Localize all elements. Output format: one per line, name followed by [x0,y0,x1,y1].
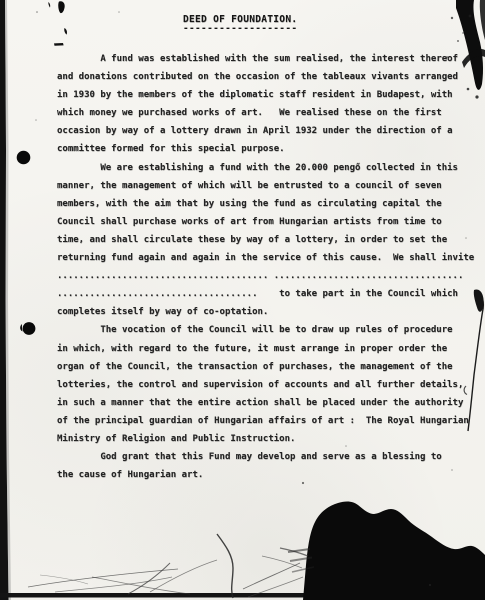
hole-punch-dot-2 [23,322,36,335]
scan-edge-bottom-line [0,593,485,598]
hole-punch-dot-1 [17,151,31,165]
doc-line: of the principal guardian of Hungarian a… [57,412,477,430]
document-body: A fund was established with the sum real… [57,50,477,484]
title-underline: ------------------- [183,23,297,34]
doc-line: the cause of Hungarian art. [57,466,477,484]
doc-line: returning fund again and again in the se… [57,249,477,267]
doc-line: God grant that this Fund may develop and… [57,448,477,466]
doc-line: members, with the aim that by using the … [57,195,477,213]
pen-marks-top-left [36,1,67,46]
doc-line: Council shall purchase works of art from… [57,213,477,231]
doc-line: occasion by way of a lottery drawn in Ap… [57,122,477,140]
doc-line: lotteries, the control and supervision o… [57,376,477,394]
doc-line: and donations contributed on the occasio… [57,68,477,86]
crease-lines [28,534,314,598]
scan-edge-left-shadow [0,0,11,600]
doc-line: in which, with regard to the future, it … [57,340,477,358]
doc-line: committee formed for this special purpos… [57,140,477,158]
doc-line: in 1930 by the members of the diplomatic… [57,86,477,104]
doc-line: We are establishing a fund with the 20.0… [57,159,477,177]
doc-line: manner, the management of which will be … [57,177,477,195]
torn-corner-blob [303,501,485,600]
doc-line: time, and shall circulate these by way o… [57,231,477,249]
scanned-document-page: DEED OF FOUNDATION. ------------------- … [0,0,485,600]
hole-punch-dot-2-tail [20,324,22,332]
doc-line: The vocation of the Council will be to d… [57,321,477,339]
doc-line: in such a manner that the entire action … [57,394,477,412]
doc-line: completes itself by way of co-optation. [57,303,477,321]
doc-line: organ of the Council, the transaction of… [57,358,477,376]
dotted-fill-in-line: ....................................... … [57,267,477,285]
doc-line: which money we purchased works of art. W… [57,104,477,122]
doc-line: A fund was established with the sum real… [57,50,477,68]
dotted-fill-in-line: ..................................... to… [57,285,477,303]
doc-line: Ministry of Religion and Public Instruct… [57,430,477,448]
